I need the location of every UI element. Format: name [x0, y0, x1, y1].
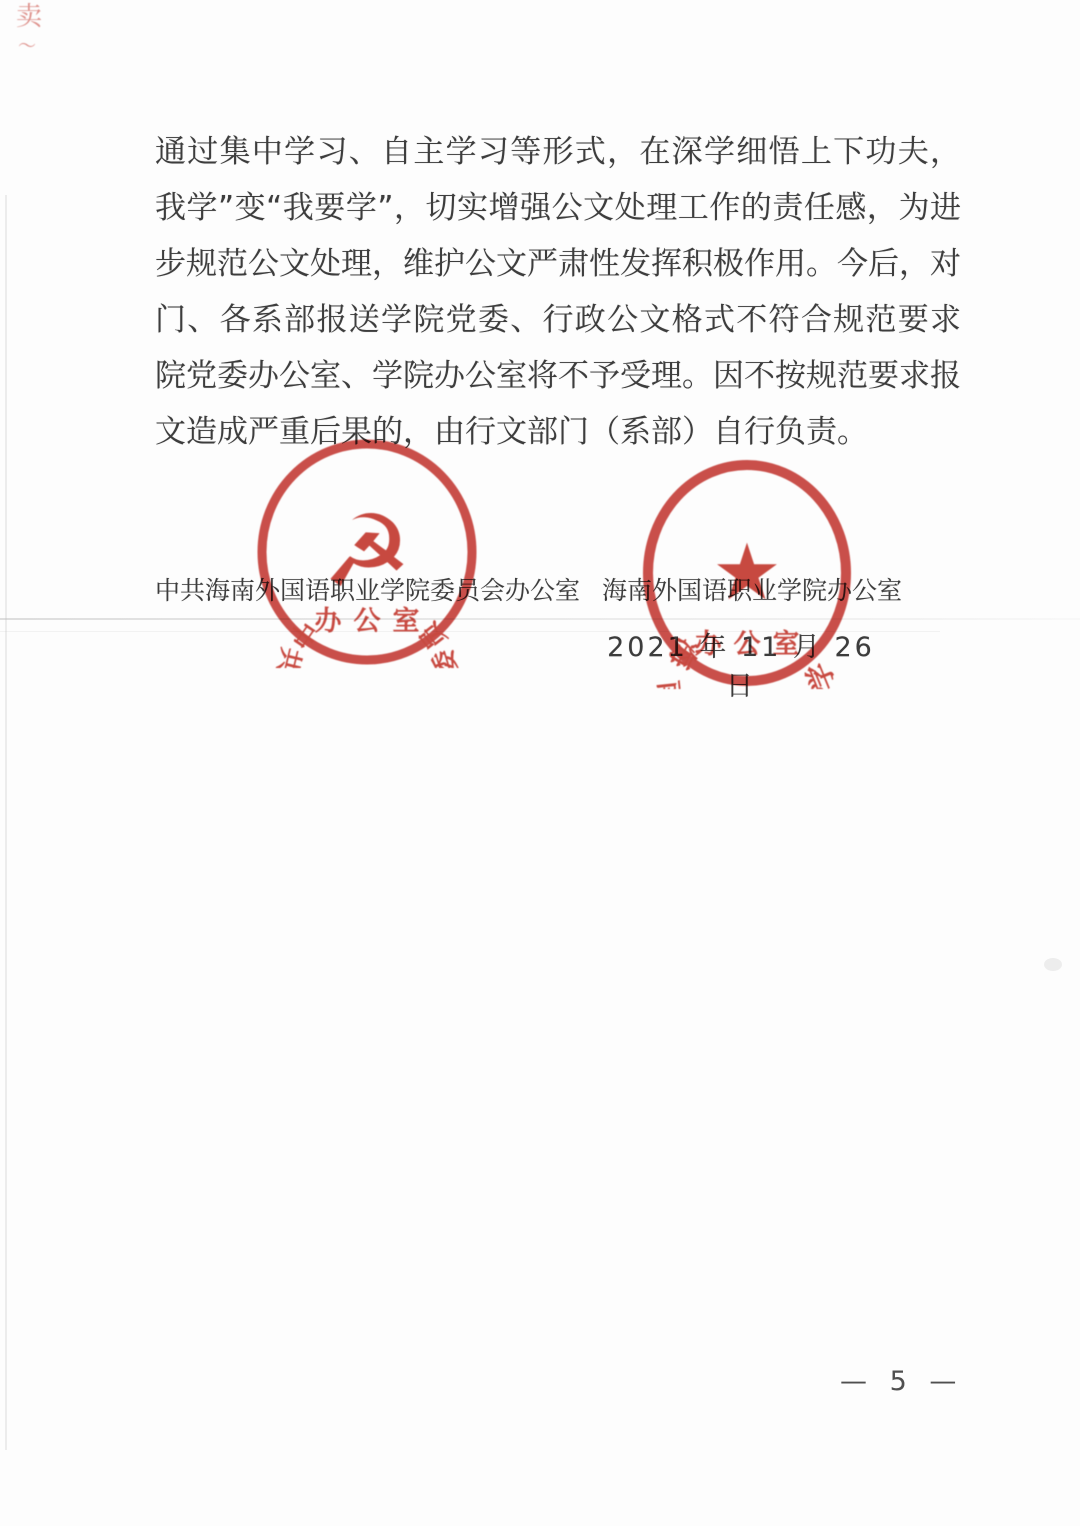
- body-line: 我学”变“我要学”，切实增强公文处理工作的责任感，为进一: [155, 180, 961, 236]
- seal-bottom-text: 办公室: [315, 606, 432, 637]
- body-line: 院党委办公室、学院办公室将不予受理。因不按规范要求报送公: [155, 348, 961, 404]
- seal-bottom-text: 办公室: [695, 629, 812, 660]
- scan-artifact-red-mark: 卖: [16, 4, 42, 30]
- party-committee-office-seal: 中共海南外国语职业学院委员会 ☭ 办公室: [253, 436, 481, 668]
- star-icon: ★: [712, 528, 782, 618]
- college-office-seal: 海南外国语职业学院 ★ 办公室: [640, 457, 854, 689]
- body-line: 步规范公文处理，维护公文严肃性发挥积极作用。今后，对各部: [155, 236, 961, 292]
- document-page: 卖 〜 通过集中学习、自主学习等形式，在深学细悟上下功夫，将“要 我学”变“我要…: [0, 0, 1080, 1526]
- scan-edge-line: [5, 195, 7, 1450]
- scan-fold-line: [0, 618, 1080, 620]
- page-number: — 5 —: [840, 1366, 963, 1397]
- body-paragraph: 通过集中学习、自主学习等形式，在深学细悟上下功夫，将“要 我学”变“我要学”，切…: [155, 124, 961, 460]
- scan-smudge: [1044, 958, 1062, 971]
- scan-artifact-red-mark: 〜: [18, 38, 36, 56]
- body-line: 门、各系部报送学院党委、行政公文格式不符合规范要求的，学: [155, 292, 961, 348]
- hammer-and-sickle-icon: ☭: [322, 493, 412, 610]
- body-line: 通过集中学习、自主学习等形式，在深学细悟上下功夫，将“要: [155, 124, 961, 180]
